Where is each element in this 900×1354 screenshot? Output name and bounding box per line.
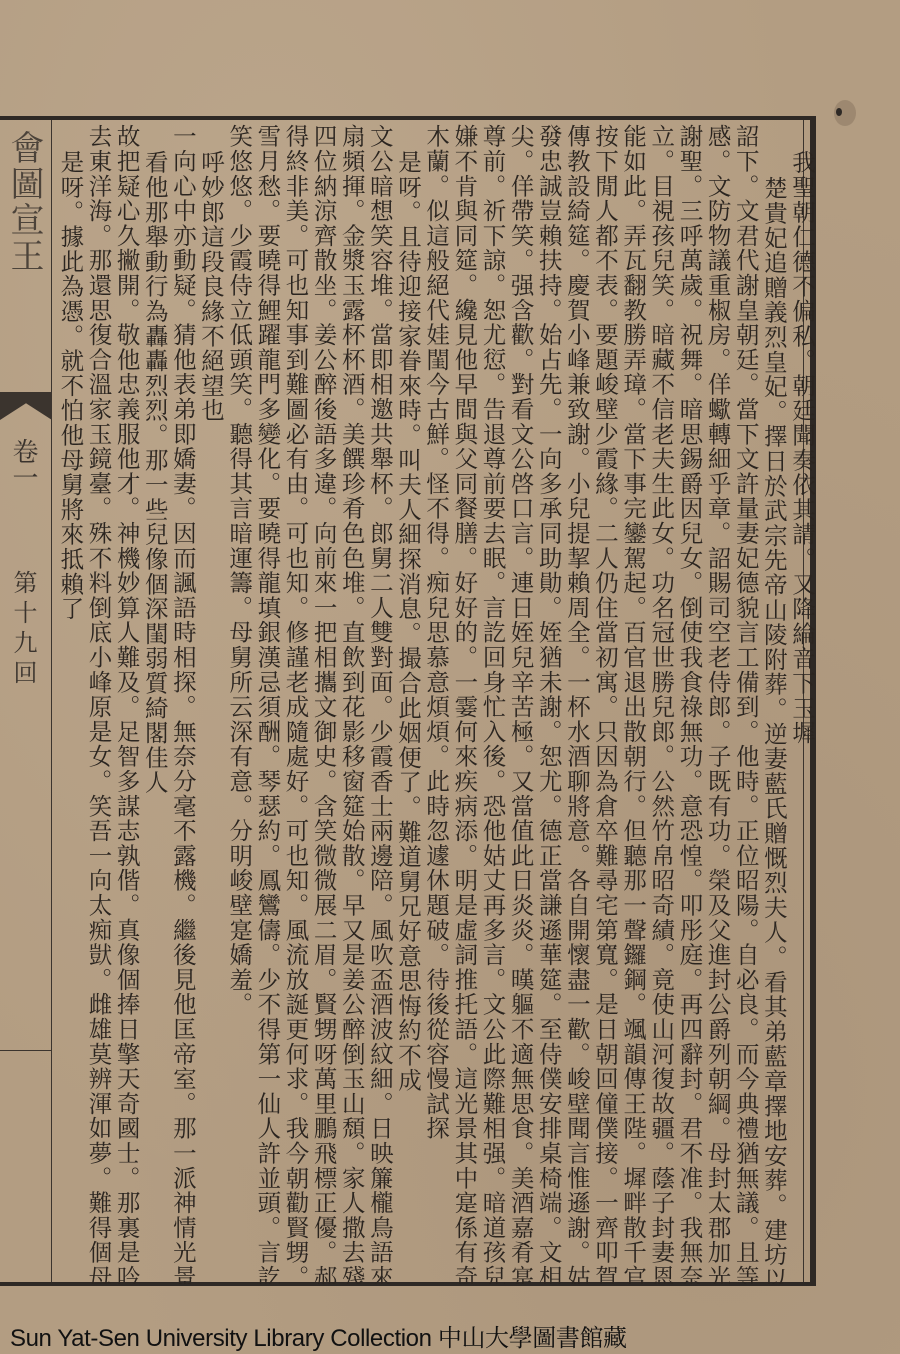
text-column: 嫌不肯與同筵。纔見他早間與父同餐膳。好好的。一霎何來疾病添。明是虛詞推托語。這光… [454,124,478,1284]
text-column: 雪月愁。要曉得鯉躍龍門多變化。要曉得龍填銀漢忌須酬。琴瑟約。鳳鸞儔。少不得第一仙… [257,124,281,1284]
text-column: 故把疑心久撇開。敬他忠義服他才。神機妙算人難及。足智多謀志孰偕。真像個捧日擎天奇… [116,124,140,1284]
text-column: 去東洋海。那還思復合溫家玉鏡臺。殊不料倒底小峰原是女。笑吾一向太痴獃。雌雄莫辨渾… [88,124,112,1284]
text-column: 尊前。祈下諒。恕尤愆。告退尊前要去眠。言訖回身忙入後。恐他姑丈再多言。文公此際難… [482,124,506,1284]
text-column: 呼妙郎這段良緣不絕望也 [201,124,225,1284]
text-column: 笑悠悠。少霞侍立低頭笑。聽得其言暗運籌。母舅所云深有意。分明峻壁寔嬌羞。 [229,124,253,1284]
text-column: 扇頻揮。金漿玉露杯杯酒。美饌珍肴色色堆。直飲到花影移窗筵始散。早又是姜公醉倒玉山… [342,124,366,1284]
vertical-text-body: 我聖朝仁德不偏私。朝廷聞奏依其請。又降綸音下玉墀楚貴妃追贈義烈皇妃。擇日於武宗先… [56,124,816,1284]
library-credit: Sun Yat-Sen University Library Collectio… [10,1318,627,1353]
text-column: 發忠誠豈賴扶持。始占先。一向多承同助勛。姪猶未謝。恕尤。德正當謙遜華筵。至侍僕安… [539,124,563,1284]
text-column: 感。文防物議重椒房。佯蠍轉細乎章。詔賜司空老侍郎。子既有功。榮及父進封公爵列朝綱… [707,124,731,1284]
text-column: 尖。佯帶笑。强含歡。對看文公啓口言。連日姪兒辛苦極。又當值此日炎炎。暵軀不適無思… [510,124,534,1284]
text-column: 文公暗想笑容堆。當即相邀共舉杯。郎舅二人雙對面。少霞香士兩邊陪。風吹盃酒波紋細。… [370,124,394,1284]
text-column: 傳教設綺筵。慶賀小峰兼致謝。小兒提挈賴周全。一杯水酒聊將意。各自開懷盡一歡。峻壁… [567,124,591,1284]
spine-volume-label: 卷一 [6,438,40,490]
text-column: 是呀。據此為憑。就不怕他母舅將來抵賴了 [60,124,84,1284]
text-column: 木蘭。似這般絕代娃閨今古鮮。怪不得。痴兒思慕意煩煩。此時忽遽休題破。待後從容慢試… [426,124,450,1284]
text-column: 立。目視孩兒笑。暗藏不信老夫生此女。功名冠世勝兒郎。公然竹帛昭奇績。竟使山河復故… [651,124,675,1284]
text-column: 謝聖。三呼萬歲。祝舞。暗思錫爵因兒女。倒使我食祿無功。意恐惶。叩彤庭。再四辭封。… [679,124,703,1284]
spine-divider [0,1050,52,1051]
spine-book-title: 會圖宣王 [4,130,44,274]
text-column: 得終非美。可也知事到難圖必有由。可也知。修謹老成隨處好。可也知。風流放誕更何求。… [285,124,309,1284]
spine-chapter-label: 第十九回 [6,570,40,690]
text-column: 我聖朝仁德不偏私。朝廷聞奏依其請。又降綸音下玉墀 [792,124,816,1284]
text-column: 看他那舉動行為轟轟烈烈。那一些兒像個深閨弱質綺閣佳人 [145,124,169,1284]
fishtail-mark-icon [0,392,52,420]
text-column: 是呀。且待迎接家眷來時。叫夫人細探消息。撮合此姻便了。難道舅兄好意思悔約不成 [398,124,422,1284]
text-column: 四位納涼齊散坐。姜公醉後語多違。向前來一把相攜文御史。含笑微微展二眉。賢甥呀萬里… [313,124,337,1284]
text-column: 楚貴妃追贈義烈皇妃。擇日於武宗先帝山陵附葬。逆妻藍氏贈慨烈夫人。看其弟藍章擇地安… [764,124,788,1284]
text-column: 能如此。弄瓦翻教勝弄璋。當下事完鑾駕起。百官退出散朝行。但聽那一聲鑼鋼。颯韻傳王… [623,124,647,1284]
paper-stain [834,100,856,126]
text-column: 按下閒人都不表。要題峻壁少霞緣。二人仍住當初寓。只因為倉卒難尋宅第寬。是日朝回僮… [595,124,619,1284]
text-column: 一向心中亦動疑。猜他表弟即嬌妻。因而諷語時相探。無奈分毫不露機。繼後見他匡帝室。… [173,124,197,1284]
book-spine-margin: 會圖宣王 卷一 第十九回 [0,120,52,1282]
text-column: 詔下。文君代謝皇朝廷。當下文許量妻妃德貌言工備到。他時。正位昭陽。自必良。而今典… [736,124,760,1284]
